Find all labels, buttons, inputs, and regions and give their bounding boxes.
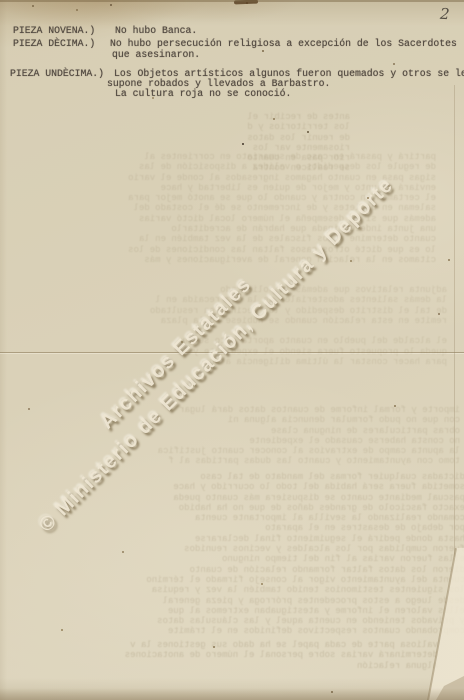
piece-text: que asesinaron. bbox=[112, 49, 200, 60]
piece-text: La cultura roja no se conoció. bbox=[115, 88, 291, 99]
piece-text: No hubo persecución religiosa a excepció… bbox=[110, 38, 457, 49]
piece-label: PIEZA DÈCIMA.) bbox=[13, 38, 95, 49]
piece-label: PIEZA NOVENA.) bbox=[13, 25, 95, 36]
page-right-edge bbox=[454, 85, 455, 557]
page-number: 2 bbox=[440, 5, 450, 23]
bleedthrough-text: valiosa parte de cada papel se ha dado s… bbox=[90, 640, 438, 671]
page-bottom-shadow bbox=[0, 688, 464, 700]
page-top-edge bbox=[0, 0, 464, 2]
piece-label: PIEZA UNDÈCIMA.) bbox=[10, 68, 104, 79]
piece-text: No hubo Banca. bbox=[115, 25, 197, 36]
bleedthrough-text: dictadas cualquier formas del mandato de… bbox=[135, 472, 464, 637]
document-page: antes de recibir el los territorios y d … bbox=[0, 0, 464, 700]
